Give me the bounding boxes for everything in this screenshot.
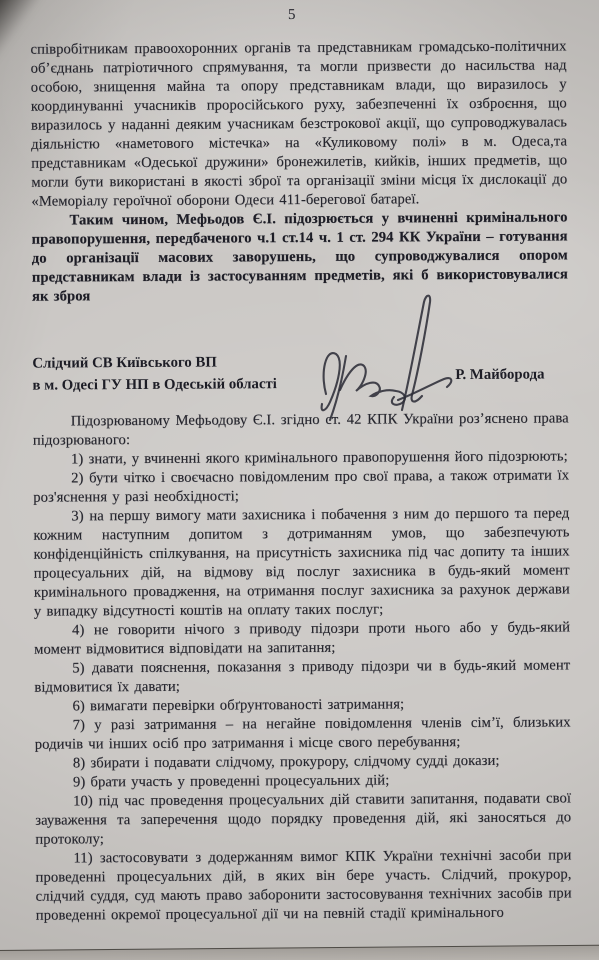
rights-list: 1) знати, у вчиненні якого кримінального… [33,447,572,925]
signatory-name: Р. Майборода [455,363,568,386]
page-number: 5 [18,4,566,26]
rights-item-8: 8) збирати і подавати слідчому, прокурор… [35,751,571,773]
investigator-line-2: в м. Одесі ГУ НП в Одеській області [32,373,276,396]
rights-item-10: 10) під час проведення процесуальних дій… [35,789,571,849]
rights-item-2: 2) бути чітко і своєчасно повідомленим п… [33,466,569,507]
investigator-block: Слідчий СВ Київського ВП в м. Одесі ГУ Н… [32,349,568,396]
rights-item-5: 5) давати пояснення, показання з приводу… [34,656,570,697]
rights-item-11: 11) застосовувати з додержанням вимог КП… [35,846,571,925]
rights-intro-paragraph: Підозрюваному Мефьодову Є.І. згідно ст. … [33,409,569,450]
rights-item-4: 4) не говорити нічого з приводу підозри … [34,618,570,659]
charge-paragraph: Таким чином, Мефьодов Є.І. підозрюється … [31,208,568,306]
document-content: 5 співробітникам правоохоронних органів … [0,0,599,926]
investigator-title: Слідчий СВ Київського ВП в м. Одесі ГУ Н… [32,351,277,396]
investigator-line-1: Слідчий СВ Київського ВП [32,351,276,374]
surface-below-page [0,946,599,960]
rights-item-3: 3) на першу вимогу мати захисника і поба… [33,504,570,621]
scanned-document-page: 5 співробітникам правоохоронних органів … [0,0,599,960]
continuation-paragraph: співробітникам правоохоронних органів та… [30,37,567,211]
rights-item-7: 7) у разі затримання – на негайне повідо… [35,713,571,754]
